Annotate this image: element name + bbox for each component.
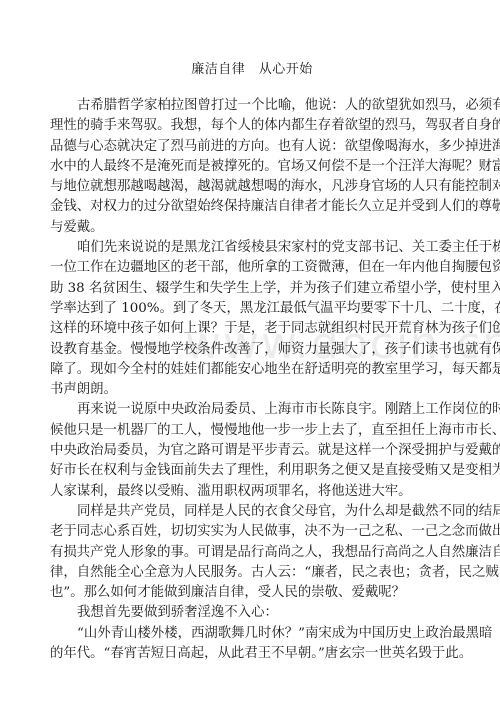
text-line: 候他只是一机器厂的工人，慢慢地他一步一步上去了，直至担任上海市市长、	[50, 421, 454, 441]
text-line: 同样是共产党员，同样是人民的衣食父母官，为什么却是截然不同的结局？	[50, 502, 454, 522]
text-line: 障了。现如今全村的娃娃们都能安心地坐在舒适明亮的教室里学习，每天都是	[50, 360, 454, 380]
paragraph: 咱们先来说说的是黑龙江省绥棱县宋家村的党支部书记、关工委主任于栋， 一位工作在边…	[50, 238, 454, 400]
text-line: 与爱戴。	[50, 218, 454, 238]
paragraph: “山外青山楼外楼，西湖歌舞几时休？”南宋成为中国历史上政治最黑暗 的年代。“春宵…	[50, 624, 454, 665]
paragraph: 我想首先要做到骄奢淫逸不入心：	[50, 603, 454, 623]
text-line: 与地位就想那越喝越渴，越渴就越想喝的海水，凡涉身官场的人只有能控制对	[50, 177, 454, 197]
text-line: 也”。那么如何才能做到廉洁自律，受人民的崇敬、爱戴呢？	[50, 583, 454, 603]
text-line: 我想首先要做到骄奢淫逸不入心：	[50, 603, 454, 623]
text-line: 理性的骑手来驾驭。我想，每个人的体内都生存着欲望的烈马，驾驭者自身的	[50, 116, 454, 136]
paragraph: 再来说一说原中央政治局委员、上海市市长陈良宇。刚踏上工作岗位的时 候他只是一机器…	[50, 400, 454, 501]
text-line: 水中的人最终不是淹死而是被撑死的。官场又何偿不是一个汪洋大海呢？财富	[50, 157, 454, 177]
text-line: 金钱、对权力的过分欲望始终保持廉洁自律者才能长久立足并受到人们的尊敬	[50, 197, 454, 217]
text-line: 品德与心态就决定了烈马前进的方向。也有人说：欲望像喝海水，多少掉进海	[50, 137, 454, 157]
text-line: 好市长在权利与金钱面前失去了理性，利用职务之便又是直接受贿又是变相为	[50, 461, 454, 481]
text-line: 中央政治局委员，为官之路可谓是平步青云。就是这样一个深受拥护与爱戴的	[50, 441, 454, 461]
paragraph: 同样是共产党员，同样是人民的衣食父母官，为什么却是截然不同的结局？ 老于同志心系…	[50, 502, 454, 603]
text-line: 律，自然能全心全意为人民服务。古人云：“廉者，民之表也；贪者，民之贼	[50, 563, 454, 583]
document-body: 古希腊哲学家柏拉图曾打过一个比喻，他说：人的欲望犹如烈马，必须有 理性的骑手来驾…	[50, 96, 454, 664]
document-title: 廉洁自律 从心开始	[50, 58, 454, 77]
text-line: 学率达到了 100%。到了冬天，黑龙江最低气温平均要零下十几、二十度，在	[50, 299, 454, 319]
text-line: 再来说一说原中央政治局委员、上海市市长陈良宇。刚踏上工作岗位的时	[50, 400, 454, 420]
text-line: 一位工作在边疆地区的老干部，他所拿的工资微薄，但在一年内他自掏腰包资	[50, 258, 454, 278]
text-line: 的年代。“春宵苦短日高起，从此君王不早朝。”唐玄宗一世英名毁于此。	[50, 644, 454, 664]
text-line: 咱们先来说说的是黑龙江省绥棱县宋家村的党支部书记、关工委主任于栋，	[50, 238, 454, 258]
text-line: 设教育基金。慢慢地学校条件改善了，师资力量强大了，孩子们读书也就有保	[50, 340, 454, 360]
text-line: 助 38 名贫困生、辍学生和失学生上学，并为孩子们建立希望小学，使村里入	[50, 279, 454, 299]
paragraph: 古希腊哲学家柏拉图曾打过一个比喻，他说：人的欲望犹如烈马，必须有 理性的骑手来驾…	[50, 96, 454, 238]
text-line: 这样的环境中孩子如何上课？于是，老于同志就组织村民开荒育林为孩子们创	[50, 319, 454, 339]
text-line: 有损共产党人形象的事。可谓是品行高尚之人，我想品行高尚之人自然廉洁自	[50, 543, 454, 563]
text-line: 书声朗朗。	[50, 380, 454, 400]
text-line: “山外青山楼外楼，西湖歌舞几时休？”南宋成为中国历史上政治最黑暗	[50, 624, 454, 644]
text-line: 人家谋利，最终以受贿、滥用职权两项罪名，将他送进大牢。	[50, 482, 454, 502]
text-line: 古希腊哲学家柏拉图曾打过一个比喻，他说：人的欲望犹如烈马，必须有	[50, 96, 454, 116]
text-line: 老于同志心系百姓，切切实实为人民做事，决不为一己之私、一己之念而做出	[50, 522, 454, 542]
